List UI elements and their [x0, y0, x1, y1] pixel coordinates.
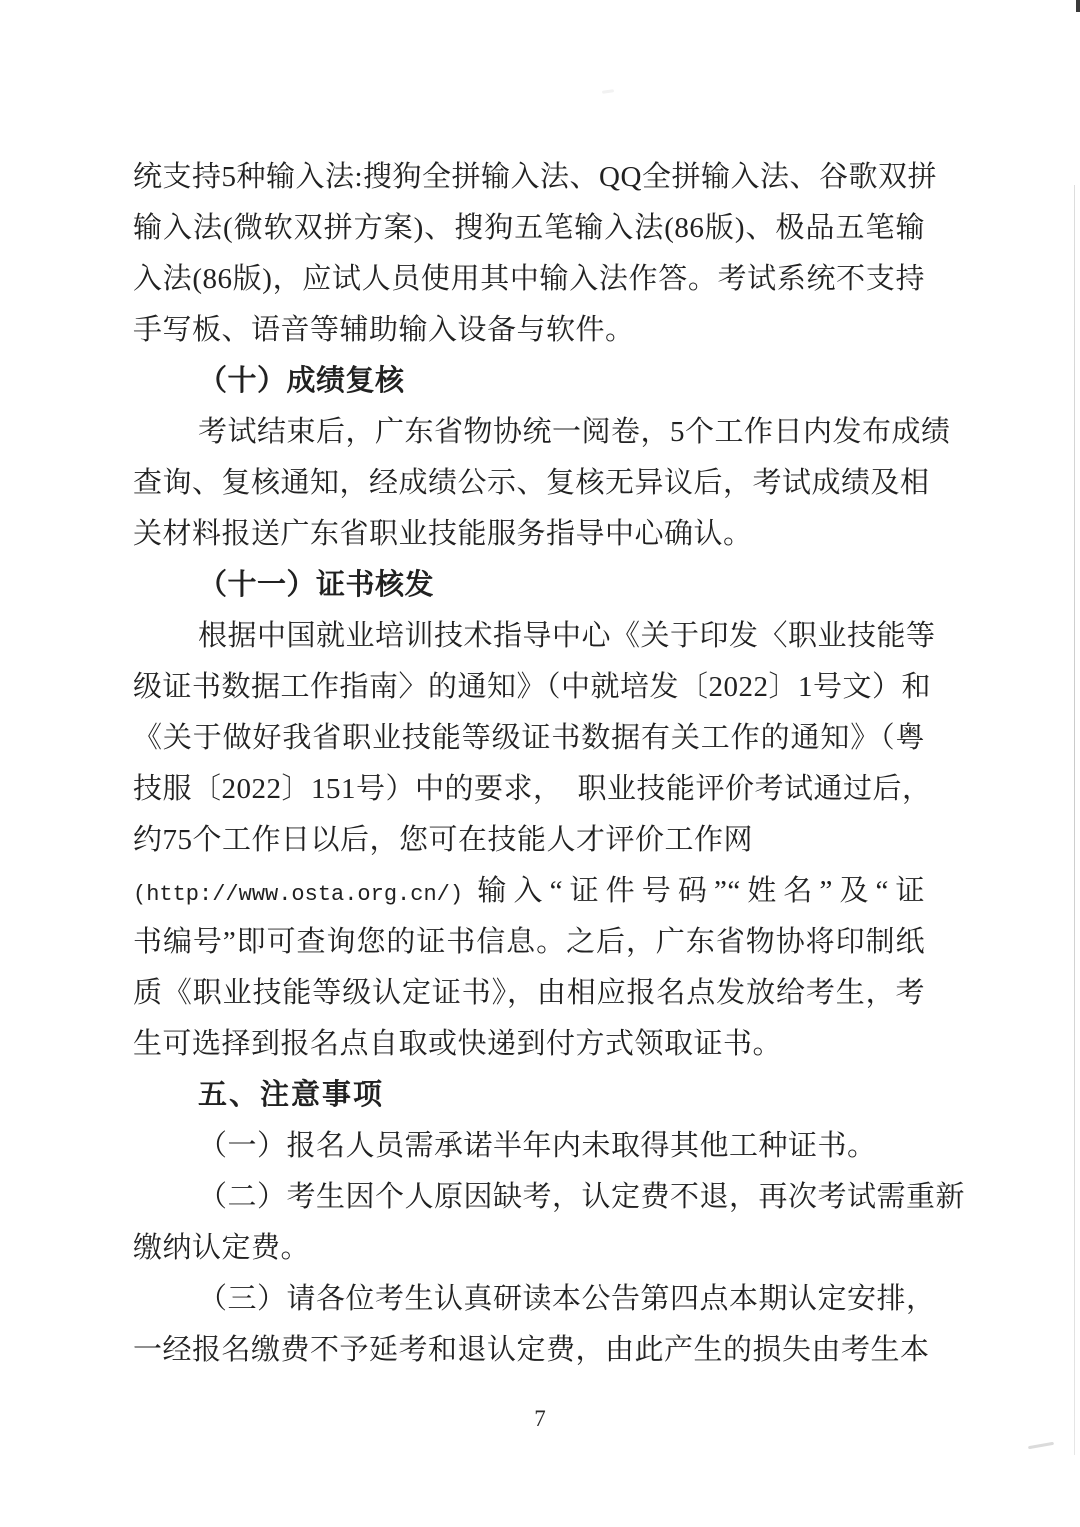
page-number: 7 [0, 1406, 1080, 1432]
section-heading-10: （十）成绩复核 [133, 356, 925, 407]
text-line: (http://www.osta.org.cn/) 输入“证件号码”“姓名”及“… [133, 866, 925, 917]
text-line: （二）考生因个人原因缺考，认定费不退，再次考试需重新 [133, 1172, 925, 1223]
document-body: 统支持5种输入法:搜狗全拼输入法、QQ全拼输入法、谷歌双拼 输入法(微软双拼方案… [133, 152, 925, 1376]
text-line: 考试结束后，广东省物协统一阅卷，5个工作日内发布成绩 [133, 407, 925, 458]
text-line: 查询、复核通知，经成绩公示、复核无异议后，考试成绩及相 [133, 458, 925, 509]
text-line: 质《职业技能等级认定证书》，由相应报名点发放给考生，考 [133, 968, 925, 1019]
text-line: 级证书数据工作指南〉的通知》（中就培发〔2022〕1号文）和 [133, 662, 925, 713]
text-line: 生可选择到报名点自取或快递到付方式领取证书。 [133, 1019, 925, 1070]
scan-artifact-corner [1076, 0, 1080, 12]
text-line: 入法(86版)，应试人员使用其中输入法作答。考试系统不支持 [133, 254, 925, 305]
text-line: 输入法(微软双拼方案)、搜狗五笔输入法(86版)、极品五笔输 [133, 203, 925, 254]
text-line: 书编号”即可查询您的证书信息。之后，广东省物协将印制纸 [133, 917, 925, 968]
text-line: 技服〔2022〕151号）中的要求， 职业技能评价考试通过后， [133, 764, 925, 815]
section-heading-11: （十一）证书核发 [133, 560, 925, 611]
scan-artifact-speck [602, 89, 614, 94]
text-line-rest: 输入“证件号码”“姓名”及“证 [463, 875, 925, 907]
text-line: （一）报名人员需承诺半年内未取得其他工种证书。 [133, 1121, 925, 1172]
text-line: 统支持5种输入法:搜狗全拼输入法、QQ全拼输入法、谷歌双拼 [133, 152, 925, 203]
text-line: 手写板、语音等辅助输入设备与软件。 [133, 305, 925, 356]
text-line: 一经报名缴费不予延考和退认定费，由此产生的损失由考生本 [133, 1325, 925, 1376]
scan-artifact-line [1074, 185, 1075, 1455]
document-page: 统支持5种输入法:搜狗全拼输入法、QQ全拼输入法、谷歌双拼 输入法(微软双拼方案… [0, 0, 1080, 1527]
text-line: 《关于做好我省职业技能等级证书数据有关工作的通知》（粤 [133, 713, 925, 764]
text-line: 约75个工作日以后，您可在技能人才评价工作网 [133, 815, 925, 866]
text-line: 缴纳认定费。 [133, 1223, 925, 1274]
section-heading-5: 五、注意事项 [133, 1070, 925, 1121]
scan-artifact-speck [1028, 1442, 1054, 1449]
text-line: 根据中国就业培训技术指导中心《关于印发〈职业技能等 [133, 611, 925, 662]
text-line: （三）请各位考生认真研读本公告第四点本期认定安排， [133, 1274, 925, 1325]
osta-url: (http://www.osta.org.cn/) [133, 882, 463, 907]
text-line: 关材料报送广东省职业技能服务指导中心确认。 [133, 509, 925, 560]
